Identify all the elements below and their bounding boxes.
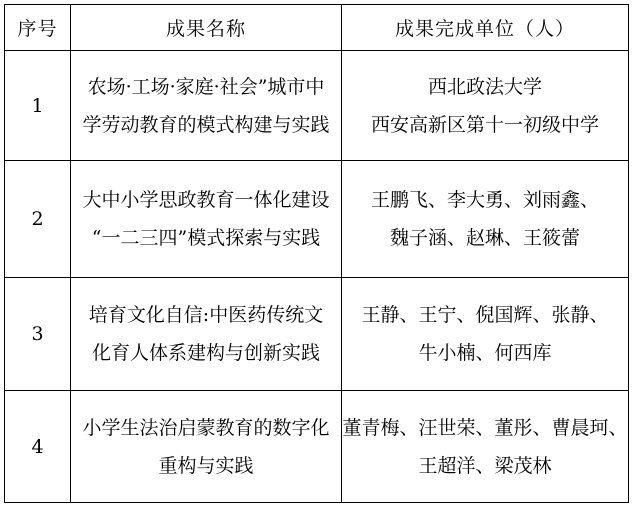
achievement-name-cell: 大中小学思政教育一体化建设 “一二三四”模式探索与实践 bbox=[71, 161, 342, 278]
completion-unit-line: 西安高新区第十一初级中学 bbox=[342, 106, 628, 144]
achievement-name-line: 学劳动教育的模式构建与实践 bbox=[71, 106, 341, 144]
achievement-name-line: 化育人体系建构与创新实践 bbox=[71, 334, 341, 372]
achievement-name-line: 小学生法治启蒙教育的数字化 bbox=[71, 409, 341, 447]
serial-number-cell: 3 bbox=[5, 278, 71, 391]
achievement-name-cell: 培育文化自信:中医药传统文 化育人体系建构与创新实践 bbox=[71, 278, 342, 391]
completion-unit-line: 王鹏飞、李大勇、刘雨鑫、 bbox=[342, 181, 628, 219]
header-completion-unit: 成果完成单位（人） bbox=[342, 5, 629, 51]
table-row: 1 农场·工场·家庭·社会”城市中 学劳动教育的模式构建与实践 西北政法大学 西… bbox=[5, 51, 629, 161]
completion-unit-cell: 西北政法大学 西安高新区第十一初级中学 bbox=[342, 51, 629, 161]
serial-number-cell: 2 bbox=[5, 161, 71, 278]
table-row: 4 小学生法治启蒙教育的数字化 重构与实践 董青梅、汪世荣、董彤、曹晨珂、 王超… bbox=[5, 391, 629, 503]
achievements-table: 序号 成果名称 成果完成单位（人） 1 农场·工场·家庭·社会”城市中 学劳动教… bbox=[4, 4, 629, 503]
header-serial-number: 序号 bbox=[5, 5, 71, 51]
achievement-name-cell: 小学生法治启蒙教育的数字化 重构与实践 bbox=[71, 391, 342, 503]
table-row: 3 培育文化自信:中医药传统文 化育人体系建构与创新实践 王静、王宁、倪国辉、张… bbox=[5, 278, 629, 391]
achievement-name-cell: 农场·工场·家庭·社会”城市中 学劳动教育的模式构建与实践 bbox=[71, 51, 342, 161]
serial-number-cell: 4 bbox=[5, 391, 71, 503]
completion-unit-cell: 董青梅、汪世荣、董彤、曹晨珂、 王超洋、梁茂林 bbox=[342, 391, 629, 503]
achievement-name-line: “一二三四”模式探索与实践 bbox=[71, 219, 341, 257]
completion-unit-line: 魏子涵、赵琳、王筱蕾 bbox=[342, 219, 628, 257]
achievement-name-line: 农场·工场·家庭·社会”城市中 bbox=[71, 68, 341, 106]
completion-unit-line: 西北政法大学 bbox=[342, 68, 628, 106]
completion-unit-cell: 王静、王宁、倪国辉、张静、 牛小楠、何西库 bbox=[342, 278, 629, 391]
completion-unit-line: 董青梅、汪世荣、董彤、曹晨珂、 bbox=[342, 409, 628, 447]
table-header-row: 序号 成果名称 成果完成单位（人） bbox=[5, 5, 629, 51]
achievement-name-line: 重构与实践 bbox=[71, 447, 341, 485]
completion-unit-line: 王超洋、梁茂林 bbox=[342, 447, 628, 485]
serial-number-cell: 1 bbox=[5, 51, 71, 161]
completion-unit-line: 王静、王宁、倪国辉、张静、 bbox=[342, 296, 628, 334]
achievement-name-line: 大中小学思政教育一体化建设 bbox=[71, 181, 341, 219]
completion-unit-line: 牛小楠、何西库 bbox=[342, 334, 628, 372]
table-row: 2 大中小学思政教育一体化建设 “一二三四”模式探索与实践 王鹏飞、李大勇、刘雨… bbox=[5, 161, 629, 278]
completion-unit-cell: 王鹏飞、李大勇、刘雨鑫、 魏子涵、赵琳、王筱蕾 bbox=[342, 161, 629, 278]
achievement-name-line: 培育文化自信:中医药传统文 bbox=[71, 296, 341, 334]
header-achievement-name: 成果名称 bbox=[71, 5, 342, 51]
